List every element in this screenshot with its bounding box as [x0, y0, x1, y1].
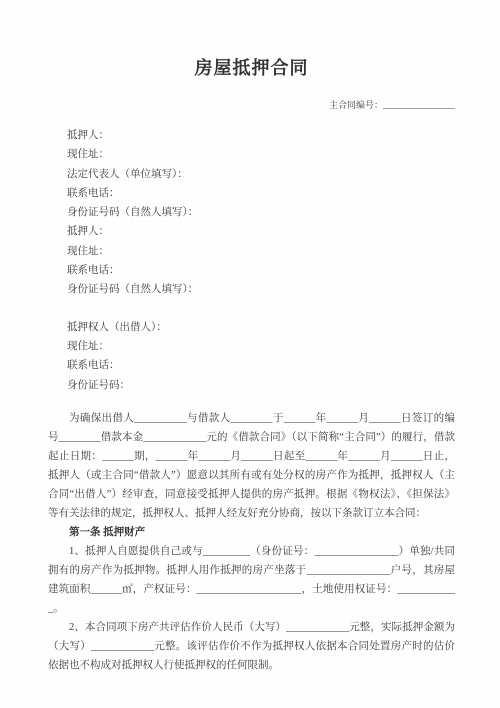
mortgagor1-address-label: 现住址： — [67, 145, 455, 164]
mortgagor1-id-number-label: 身份证号码（自然人填写）： — [67, 203, 455, 222]
contract-number-row: 主合同编号：________________ — [48, 99, 455, 112]
preamble-paragraph: 为确保出借人__________与借款人________于______年____… — [48, 409, 455, 523]
mortgagor2-phone-label: 联系电话： — [67, 261, 455, 280]
section-1-clause-2: 2、本合同项下房产共评估作价人民币（大写）____________元整，实际抵押… — [48, 618, 455, 675]
mortgagee-id-number-label: 身份证号码： — [67, 376, 455, 395]
contract-body: 为确保出借人__________与借款人________于______年____… — [48, 409, 455, 675]
mortgagor2-address-label: 现住址： — [67, 242, 455, 261]
mortgagor2-name-label: 抵押人： — [67, 222, 455, 241]
mortgagor2-id-number-label: 身份证号码（自然人填写）： — [67, 280, 455, 299]
mortgagor1-name-label: 抵押人： — [67, 126, 455, 145]
contract-number-label: 主合同编号： — [329, 100, 383, 110]
mortgagee-phone-label: 联系电话： — [67, 356, 455, 375]
mortgagor1-legal-rep-label: 法定代表人（单位填写）： — [67, 165, 455, 184]
section-1-clause-1: 1、抵押人自愿提供自己或与_________（身份证号：____________… — [48, 542, 455, 618]
mortgagee-name-label: 抵押权人（出借人）： — [67, 318, 455, 337]
mortgagor1-phone-label: 联系电话： — [67, 184, 455, 203]
section-1-heading: 第一条 抵押财产 — [48, 523, 455, 542]
contract-document-page: 房屋抵押合同 主合同编号：________________ 抵押人： 现住址： … — [0, 0, 500, 708]
page-title: 房屋抵押合同 — [48, 55, 455, 81]
mortgagee-address-label: 现住址： — [67, 337, 455, 356]
party-group-spacer — [67, 300, 455, 318]
contract-number-blank: ________________ — [383, 100, 455, 110]
parties-section: 抵押人： 现住址： 法定代表人（单位填写）： 联系电话： 身份证号码（自然人填写… — [67, 126, 455, 395]
